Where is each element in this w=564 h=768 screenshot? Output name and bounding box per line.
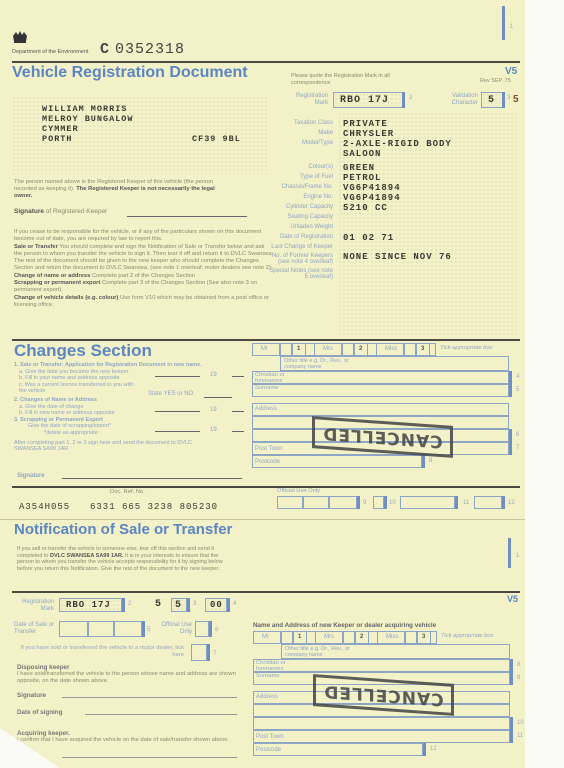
title-num: 1 xyxy=(297,346,300,352)
title-num: 3 xyxy=(422,634,425,640)
reference-code: A354H055 xyxy=(19,502,70,512)
notif-validation-prefix: 5 xyxy=(155,599,162,610)
vehicle-field-label: Special Notes (see note 5 overleaf) xyxy=(265,268,333,280)
title-label: Mrs xyxy=(323,346,333,352)
instructions-block: If you cease to be responsible for the v… xyxy=(14,229,274,309)
notification-rule xyxy=(12,591,520,593)
postcode-num: 8 xyxy=(429,458,432,464)
title-tick-mrs[interactable] xyxy=(342,343,354,356)
title-num-box: 3 xyxy=(416,343,430,356)
validation-num: 3 xyxy=(507,95,510,101)
vehicle-field-value: 2-AXLE-RIGID BODY xyxy=(343,139,452,149)
keeper-name: WILLIAM MORRIS xyxy=(42,104,127,114)
vehicle-field-value: SALOON xyxy=(343,149,381,159)
vehicle-field-value: PRIVATE xyxy=(343,119,388,129)
keeper-address-line1: MELROY BUNGALOW xyxy=(42,114,134,124)
dealer-text: If you have sold or transferred the vehi… xyxy=(14,645,184,659)
department-label: Department of the Environment xyxy=(12,49,88,55)
crown-icon xyxy=(12,30,28,44)
vehicle-field-value: 5210 CC xyxy=(343,203,388,213)
instructions-details: Change of vehicle details (e.g. colour) … xyxy=(14,295,274,310)
official-box-12[interactable] xyxy=(474,496,502,509)
disposing-text: I have sold/transferred the vehicle to t… xyxy=(17,671,242,685)
notification-section-number: 1 xyxy=(516,553,519,559)
notif-mark-label: Registration Mark xyxy=(14,599,54,613)
keeper-postcode: CF39 9BL xyxy=(192,134,241,144)
official-bar-11 xyxy=(455,496,458,509)
christian-name-field[interactable]: Christian or forenames xyxy=(252,371,509,384)
title-num-box: 2 xyxy=(354,343,368,356)
part3-date-line[interactable] xyxy=(155,431,200,432)
post-town-bar xyxy=(509,442,512,455)
christian-name-field-num: 4 xyxy=(516,374,519,380)
vehicle-field-value: VG6P41894 xyxy=(343,183,401,193)
notif-code-field: 00 xyxy=(205,598,227,612)
title-miss: Miss xyxy=(376,343,404,356)
instructions-name: Change of name or address Complete part … xyxy=(14,273,274,280)
serial-prefix: C xyxy=(100,41,110,58)
part1-c: c. Was a current licence transferred to … xyxy=(14,382,139,395)
title-label: Mr xyxy=(261,346,268,352)
official-box-9c[interactable] xyxy=(329,496,357,509)
name-bold: Change of name or address xyxy=(14,273,90,279)
vehicle-field-label: Last Change of Keeper xyxy=(265,244,333,250)
notif-mark-bar xyxy=(122,598,125,612)
notif-official-box[interactable] xyxy=(195,621,209,637)
validation-bar xyxy=(502,92,505,108)
header-rule xyxy=(12,61,520,63)
dealer-tick-bar xyxy=(207,644,210,661)
vehicle-field-value: 01 02 71 xyxy=(343,233,394,243)
disposing-block: Disposing keeper I have sold/transferred… xyxy=(17,664,242,685)
address-num: 6 xyxy=(516,432,519,438)
validation-value: 5 xyxy=(488,95,495,106)
title-num: 1 xyxy=(298,634,301,640)
christian-name-field-bar xyxy=(510,659,513,672)
date-signing-label: Date of signing xyxy=(17,709,62,716)
vehicle-field-label: Unladen Weight xyxy=(265,224,333,230)
yes-no-label: State YES or NO xyxy=(148,391,193,397)
instructions-intro: If you cease to be responsible for the v… xyxy=(14,229,274,244)
postcode-field[interactable]: Postcode xyxy=(253,743,423,756)
vehicle-field-value: VG6P41894 xyxy=(343,193,401,203)
sale-date-bar xyxy=(142,621,145,637)
changes-signature-label: Signature xyxy=(17,473,45,479)
other-title-field[interactable]: Other title e.g. Dr., Rev., or company n… xyxy=(280,356,509,371)
title-num: 2 xyxy=(359,346,362,352)
postcode-field[interactable]: Postcode xyxy=(252,455,422,468)
surname-field-label: Surname xyxy=(255,386,295,392)
vehicle-field-label: No. of Former Keepers (see note 4 overle… xyxy=(265,253,333,265)
yes-no-line[interactable] xyxy=(204,397,232,398)
signature-text: of Registered Keeper xyxy=(46,208,107,215)
surname-field-label: Surname xyxy=(256,674,296,680)
details-bold: Change of vehicle details (e.g. colour) xyxy=(14,295,118,301)
notif-code-num: 4 xyxy=(233,601,236,607)
notification-section-bar xyxy=(508,538,511,568)
notif-signature-line[interactable] xyxy=(62,697,237,698)
official-box-9b[interactable] xyxy=(303,496,329,509)
changes-signature-line[interactable] xyxy=(62,478,242,479)
address-bar xyxy=(509,429,512,442)
notif-validation-value: 5 xyxy=(175,600,182,611)
vehicle-field-label: Engine No. xyxy=(265,194,333,200)
christian-name-field[interactable]: Christian or forenames xyxy=(253,659,510,672)
instructions-scrap: Scrapping or permanent export Complete p… xyxy=(14,280,274,295)
torn-corner xyxy=(0,728,60,768)
doc-ref-label: Doc. Ref. No. xyxy=(110,489,145,495)
vehicle-field-label: Chassis/Frame No. xyxy=(265,184,333,190)
title-label: Miss xyxy=(385,346,397,352)
part1-year: 19 xyxy=(210,372,217,378)
keeper-signature-label: Signature of Registered Keeper xyxy=(14,208,107,215)
date-signing-line[interactable] xyxy=(85,714,237,715)
notif-code-value: 00 xyxy=(210,600,223,610)
validation-handwritten: 5 xyxy=(513,94,519,105)
scrap-bold: Scrapping or permanent export xyxy=(14,280,100,286)
christian-name-field-label: Christian or forenames xyxy=(256,661,296,672)
dealer-tick-box[interactable] xyxy=(191,644,207,661)
keeper-address-block: WILLIAM MORRIS MELROY BUNGALOW CYMMER PO… xyxy=(12,96,267,174)
validation-label: Validation Character xyxy=(440,93,478,107)
part1-title: 1. Sale or Transfer: Application for Reg… xyxy=(14,362,249,369)
post-town-num: 11 xyxy=(517,733,523,739)
post-town-label: Post Town xyxy=(256,734,284,740)
part1-year-line[interactable] xyxy=(232,376,244,377)
official-box-10[interactable] xyxy=(373,496,384,509)
vehicle-field-label: Taxation Class xyxy=(265,120,333,126)
name-text: Complete part 2 of the Changes Section xyxy=(92,273,195,279)
vehicle-field-label: Colour(s) xyxy=(265,164,333,170)
vehicle-field-value: GREEN xyxy=(343,163,375,173)
vehicle-field-label: Seating Capacity xyxy=(265,214,333,220)
section-number: 1 xyxy=(510,24,513,30)
part3-title: 3. Scrapping or Permanent Export xyxy=(14,417,249,424)
part3-year-line[interactable] xyxy=(232,431,244,432)
notif-official-num: 6 xyxy=(215,627,218,633)
vehicle-field-value: NONE SINCE NOV 76 xyxy=(343,252,452,262)
reference-rule xyxy=(12,486,520,488)
doc-ref-number: 6331 665 3238 805230 xyxy=(90,502,218,512)
validation-field: 5 xyxy=(481,92,503,108)
form-code: V5 xyxy=(505,66,517,77)
official-num-9: 9 xyxy=(363,500,366,506)
address-bar xyxy=(510,717,513,730)
vehicle-field-label: Cylinder Capacity xyxy=(265,204,333,210)
notification-intro: If you sell or transfer the vehicle to s… xyxy=(17,546,227,572)
title-mr: Mr xyxy=(253,631,281,644)
christian-name-field-num: 8 xyxy=(517,662,520,668)
title-num: 2 xyxy=(360,634,363,640)
part2-year: 19 xyxy=(210,407,217,413)
surname-field-num: 9 xyxy=(517,675,520,681)
tear-line[interactable] xyxy=(0,519,525,520)
vehicle-field-label: Model/Type xyxy=(265,140,333,146)
title-label: Miss xyxy=(386,634,398,640)
title-label: Mrs xyxy=(324,634,334,640)
disposing-title: Disposing keeper xyxy=(17,664,242,671)
postcode-num: 12 xyxy=(430,746,437,752)
other-title-label: Other title e.g. Dr., Rev., or company n… xyxy=(284,358,354,370)
title-label: Mr xyxy=(262,634,269,640)
notif-mark-num: 2 xyxy=(128,601,131,607)
reg-mark-label: Registration Mark xyxy=(286,93,328,107)
notif-validation-num: 3 xyxy=(193,601,196,607)
address-label: Address xyxy=(255,406,277,412)
address-line-3[interactable] xyxy=(253,717,510,730)
title-tick-miss[interactable] xyxy=(405,631,417,644)
title-num-box: 3 xyxy=(417,631,431,644)
vehicle-field-label: Make xyxy=(265,130,333,136)
notif-official-label: Official Use Only xyxy=(152,622,192,636)
keeper-address-line2: CYMMER xyxy=(42,124,79,134)
changes-after: After completing part 1, 2 or 3 sign her… xyxy=(14,440,214,453)
sale-bold: Sale or Transfer xyxy=(14,244,58,250)
official-bar-10 xyxy=(384,496,387,509)
address-field[interactable]: Address xyxy=(252,403,509,416)
postcode-bar xyxy=(422,455,425,468)
notif-validation-bar xyxy=(187,598,190,612)
quote-notice: Please quote the Registration Mark in al… xyxy=(291,73,411,87)
other-title-field[interactable]: Other title e.g. Dr., Rev., or company n… xyxy=(281,644,510,659)
postcode-label: Postcode xyxy=(255,459,280,465)
section-bar xyxy=(502,6,505,40)
title-tick-mrs[interactable] xyxy=(343,631,355,644)
official-bar-9 xyxy=(357,496,360,509)
title-num-box: 1 xyxy=(293,631,307,644)
part2-date-line[interactable] xyxy=(155,411,200,412)
sale-date-label: Date of Sale or Transfer xyxy=(14,622,56,636)
official-num-12: 12 xyxy=(508,500,515,506)
surname-field-bar xyxy=(510,672,513,685)
title-mr: Mr xyxy=(252,343,280,356)
official-box-11[interactable] xyxy=(400,496,455,509)
background-strip xyxy=(525,0,564,768)
part2-year-line[interactable] xyxy=(232,411,244,412)
instructions-sale: Sale or Transfer You should complete and… xyxy=(14,244,274,273)
part3-year: 19 xyxy=(210,427,217,433)
title-tick-mr[interactable] xyxy=(280,343,292,356)
post-town-bar xyxy=(510,730,513,743)
vehicle-field-value: PETROL xyxy=(343,173,381,183)
notification-intro-bold: DVLC SWANSEA SA99 1AR. xyxy=(50,553,123,559)
official-num-11: 11 xyxy=(463,500,469,506)
notification-title: Notification of Sale or Transfer xyxy=(14,521,232,538)
official-num-10: 10 xyxy=(389,500,396,506)
notif-validation-field: 5 xyxy=(171,598,187,612)
signature-bold: Signature xyxy=(14,208,44,215)
title-tick-mr[interactable] xyxy=(281,631,293,644)
reg-mark-num: 2 xyxy=(409,95,412,101)
sale-date-year[interactable] xyxy=(114,621,142,637)
other-title-label: Other title e.g. Dr., Rev., or company n… xyxy=(285,646,355,658)
address-label: Address xyxy=(256,694,278,700)
official-bar-12 xyxy=(502,496,505,509)
notif-mark-value: RBO 17J xyxy=(66,600,111,610)
dealer-tick-num: 7 xyxy=(213,651,216,657)
christian-name-field-bar xyxy=(509,371,512,384)
postcode-bar xyxy=(423,743,426,756)
new-keeper-title: Name and Address of new Keeper or dealer… xyxy=(253,622,436,629)
address-num: 10 xyxy=(517,720,524,726)
part1-date-line[interactable] xyxy=(155,376,200,377)
sale-date-day[interactable] xyxy=(59,621,88,637)
sale-date-num: 5 xyxy=(147,627,150,633)
document-title: Vehicle Registration Document xyxy=(12,64,248,82)
revision-label: Rev SEP. 75 xyxy=(480,78,511,84)
acquiring-signature-line[interactable] xyxy=(62,757,237,758)
reg-mark-field: RBO 17J xyxy=(333,92,403,108)
official-use-label: Official Use Only xyxy=(277,488,320,494)
title-mrs: Mrs xyxy=(314,343,342,356)
keeper-signature-line[interactable] xyxy=(127,216,247,217)
notif-code-bar xyxy=(227,598,230,612)
title-num-box: 1 xyxy=(292,343,306,356)
vehicle-field-label: Type of Fuel xyxy=(265,174,333,180)
title-num-box: 2 xyxy=(355,631,369,644)
keeper-town: PORTH xyxy=(42,134,73,144)
post-town-field[interactable]: Post Town xyxy=(253,730,510,743)
surname-field-bar xyxy=(509,384,512,397)
reg-mark-bar xyxy=(402,92,405,108)
tick-label: Tick appropriate box xyxy=(440,345,492,351)
notif-official-bar xyxy=(209,621,212,637)
notif-mark-field: RBO 17J xyxy=(59,598,122,612)
changes-title: Changes Section xyxy=(14,341,152,361)
notif-signature-label: Signature xyxy=(17,692,46,699)
title-num: 3 xyxy=(421,346,424,352)
surname-field-num: 5 xyxy=(516,387,519,393)
title-miss: Miss xyxy=(377,631,405,644)
christian-name-field-label: Christian or forenames xyxy=(255,373,295,384)
surname-field[interactable]: Surname xyxy=(252,384,509,397)
keeper-notice: The person named above is the Registered… xyxy=(14,179,234,200)
post-town-label: Post Town xyxy=(255,446,283,452)
official-box-9[interactable] xyxy=(277,496,303,509)
reg-mark-value: RBO 17J xyxy=(340,95,389,106)
postcode-label: Postcode xyxy=(256,747,281,753)
vehicle-field-value: CHRYSLER xyxy=(343,129,394,139)
serial-number: 0352318 xyxy=(115,41,185,58)
post-town-num: 7 xyxy=(516,445,519,451)
title-mrs: Mrs xyxy=(315,631,343,644)
tick-label: Tick appropriate box xyxy=(441,633,493,639)
sale-date-month[interactable] xyxy=(88,621,114,637)
notification-form-code: V5 xyxy=(507,594,518,604)
vehicle-field-label: Date of Registration xyxy=(265,234,333,240)
title-tick-miss[interactable] xyxy=(404,343,416,356)
